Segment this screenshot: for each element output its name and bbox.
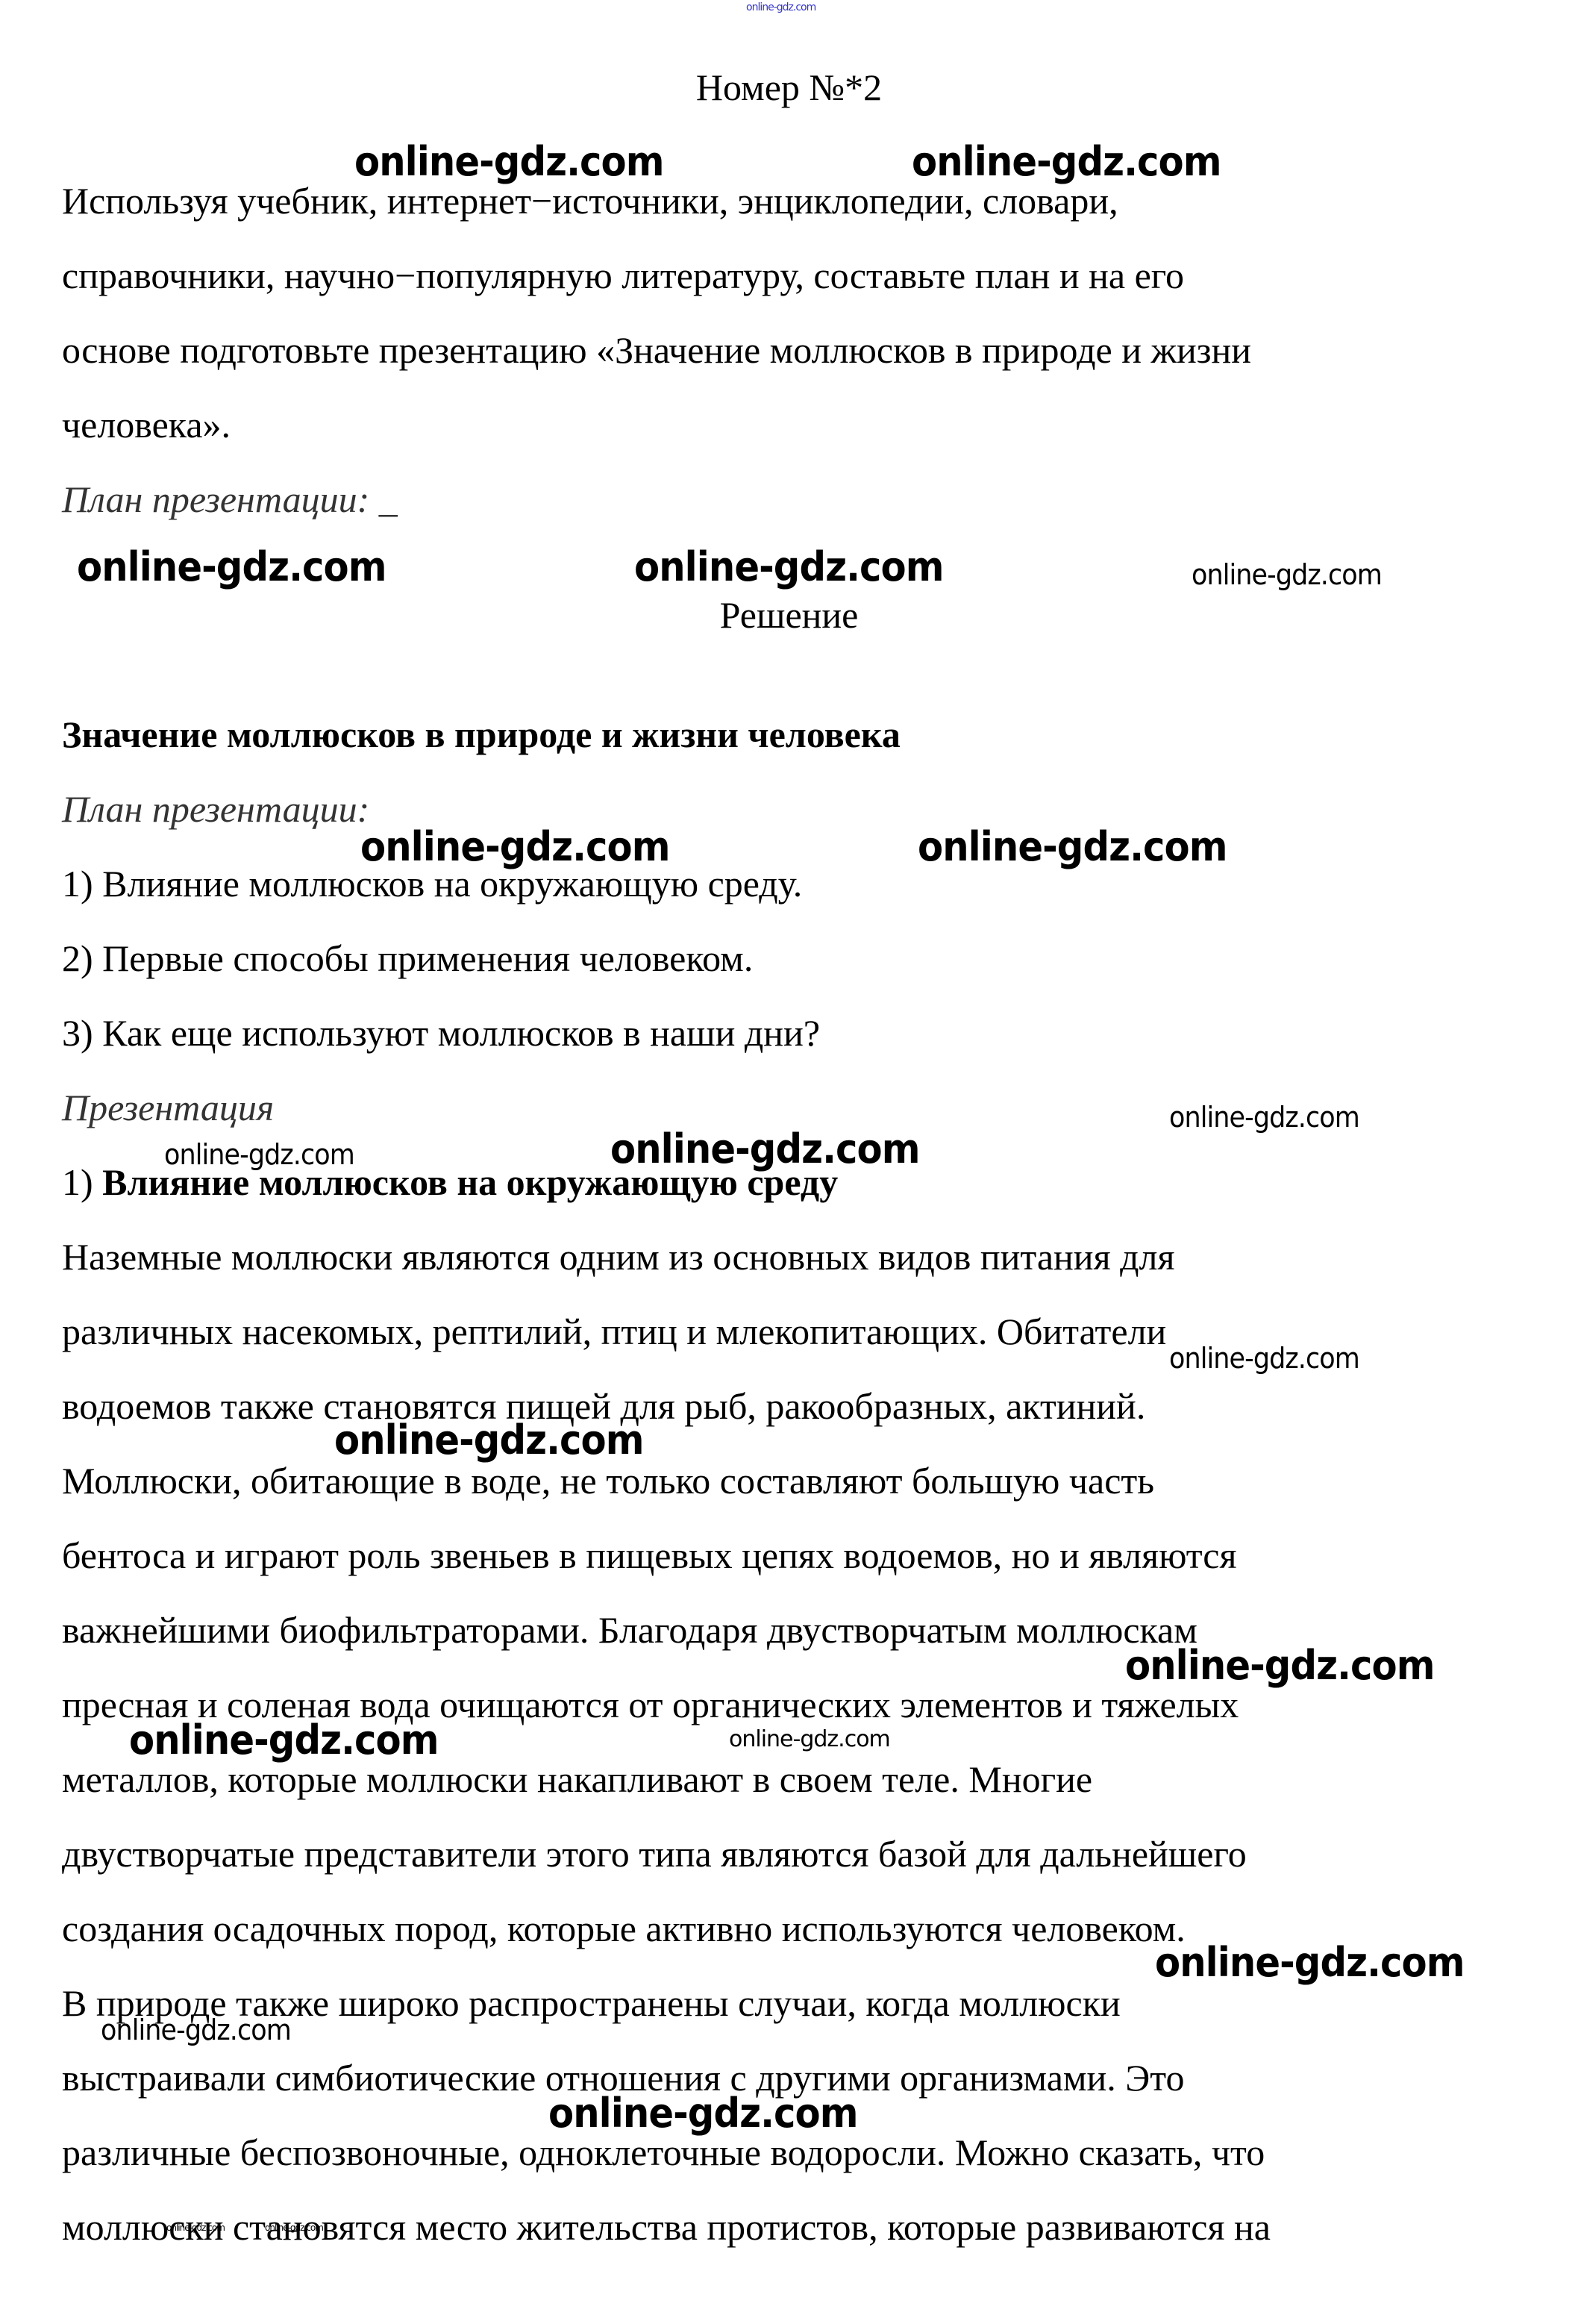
watermark: online-gdz.com	[1192, 558, 1382, 591]
watermark: online-gdz.com	[548, 2090, 858, 2137]
body-line: моллюски становятся место жительства про…	[62, 2205, 1271, 2249]
watermark: online-gdz.com	[918, 823, 1227, 870]
section-title: Влияние моллюсков на окружающую среду	[102, 1161, 838, 1203]
plan-item: 2) Первые способы применения человеком.	[62, 937, 753, 980]
task-line: основе подготовьте презентацию «Значение…	[62, 328, 1251, 372]
plan-prompt: План презентации: _	[62, 478, 398, 521]
body-line: бентоса и играют роль звеньев в пищевых …	[62, 1534, 1236, 1577]
top-watermark: online-gdz.com	[746, 1, 815, 13]
body-line: создания осадочных пород, которые активн…	[62, 1907, 1186, 1950]
section-number: 1)	[62, 1161, 102, 1203]
task-line: Используя учебник, интернет−источники, э…	[62, 179, 1118, 222]
plan-item: 3) Как еще используют моллюсков в наши д…	[62, 1011, 820, 1055]
watermark: online-gdz.com	[334, 1416, 644, 1464]
body-line: Моллюски, обитающие в воде, не только со…	[62, 1459, 1154, 1502]
watermark: online-gdz.com	[1155, 1939, 1465, 1986]
task-line: человека».	[62, 403, 231, 446]
watermark: online-gdz.com	[1169, 1342, 1359, 1375]
watermark: online-gdz.com	[912, 138, 1221, 185]
watermark: online-gdz.com	[129, 1717, 439, 1764]
solution-title: Значение моллюсков в природе и жизни чел…	[62, 713, 901, 756]
solution-heading: Решение	[0, 593, 1578, 637]
body-line: Наземные моллюски являются одним из осно…	[62, 1235, 1174, 1278]
watermark: online-gdz.com	[634, 543, 944, 590]
watermark: online-gdz.com	[1169, 1101, 1359, 1134]
watermark: online-gdz.com	[101, 2014, 291, 2046]
body-line: различных насекомых, рептилий, птиц и мл…	[62, 1310, 1166, 1353]
body-line: двустворчатые представители этого типа я…	[62, 1832, 1247, 1875]
page-title: Номер №*2	[0, 66, 1578, 109]
plan-item: 1) Влияние моллюсков на окружающую среду…	[62, 862, 802, 905]
body-line: различные беспозвоночные, одноклеточные …	[62, 2131, 1265, 2174]
presentation-label: Презентация	[62, 1086, 274, 1129]
watermark: online-gdz.com	[354, 138, 664, 185]
body-line: металлов, которые моллюски накапливают в…	[62, 1758, 1092, 1801]
watermark: online-gdz.com	[1125, 1642, 1435, 1689]
section-1-heading: 1) Влияние моллюсков на окружающую среду	[62, 1161, 838, 1204]
task-line: справочники, научно−популярную литератур…	[62, 254, 1184, 297]
plan-label: План презентации:	[62, 787, 369, 831]
watermark: online-gdz.com	[729, 1726, 890, 1752]
body-line: важнейшими биофильтраторами. Благодаря д…	[62, 1608, 1197, 1652]
watermark: online-gdz.com	[77, 543, 386, 590]
